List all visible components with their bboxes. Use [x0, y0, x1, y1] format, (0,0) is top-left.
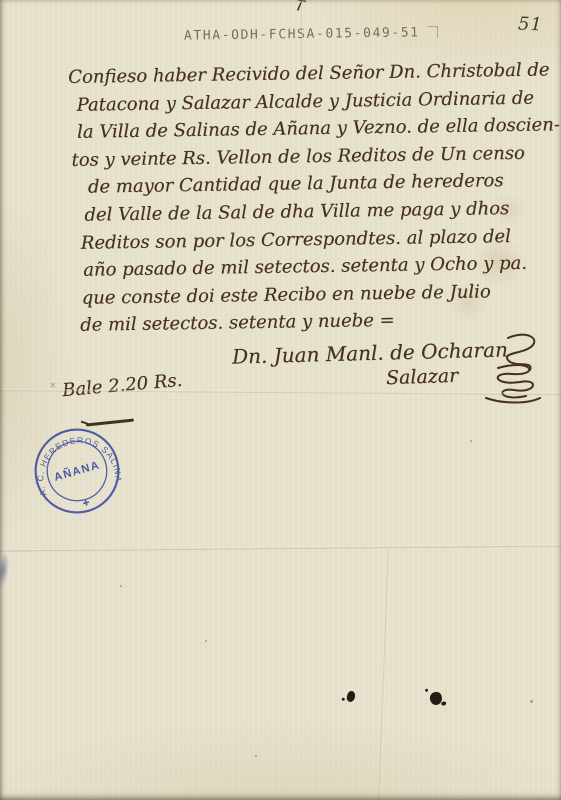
fold-crease-horizontal	[0, 545, 561, 552]
stamp-bottom-star-icon: ✚	[81, 497, 90, 509]
cross-mark-icon: †	[294, 0, 307, 15]
archive-reference-code: ATHA-ODH-FCHSA-015-049-51	[184, 25, 420, 43]
blue-ink-smudge	[0, 551, 11, 588]
signature-surname: Salazar	[386, 365, 459, 390]
paper-speck	[470, 440, 472, 442]
fold-crease-vertical	[378, 549, 390, 800]
paper-speck	[205, 640, 207, 642]
signature-rubric-flourish	[478, 328, 548, 406]
paper-speck	[530, 700, 533, 703]
manuscript-page: ATHA-ODH-FCHSA-015-049-51 51 † Confieso …	[0, 0, 561, 800]
folio-number: 51	[518, 14, 544, 36]
stamp-center-text: AÑANA	[52, 458, 101, 484]
valuation-note: Bale 2.20 Rs.	[61, 370, 183, 401]
ink-blot	[429, 691, 443, 706]
pencil-hook-mark	[428, 26, 438, 38]
paper-speck	[120, 585, 122, 587]
manuscript-body: Confieso haber Recivido del Señor Dn. Ch…	[64, 57, 528, 340]
manuscript-line: de mil setectos. setenta y nuebe =	[80, 305, 528, 340]
signature-name: Dn. Juan Manl. de Ocharan	[232, 337, 508, 368]
ink-blot	[345, 690, 356, 703]
archive-stamp: A. C. HEREDEROS SALINAS AÑANA ✚	[21, 415, 132, 526]
paper-speck	[255, 755, 257, 757]
pencil-speck: ×	[49, 381, 57, 391]
